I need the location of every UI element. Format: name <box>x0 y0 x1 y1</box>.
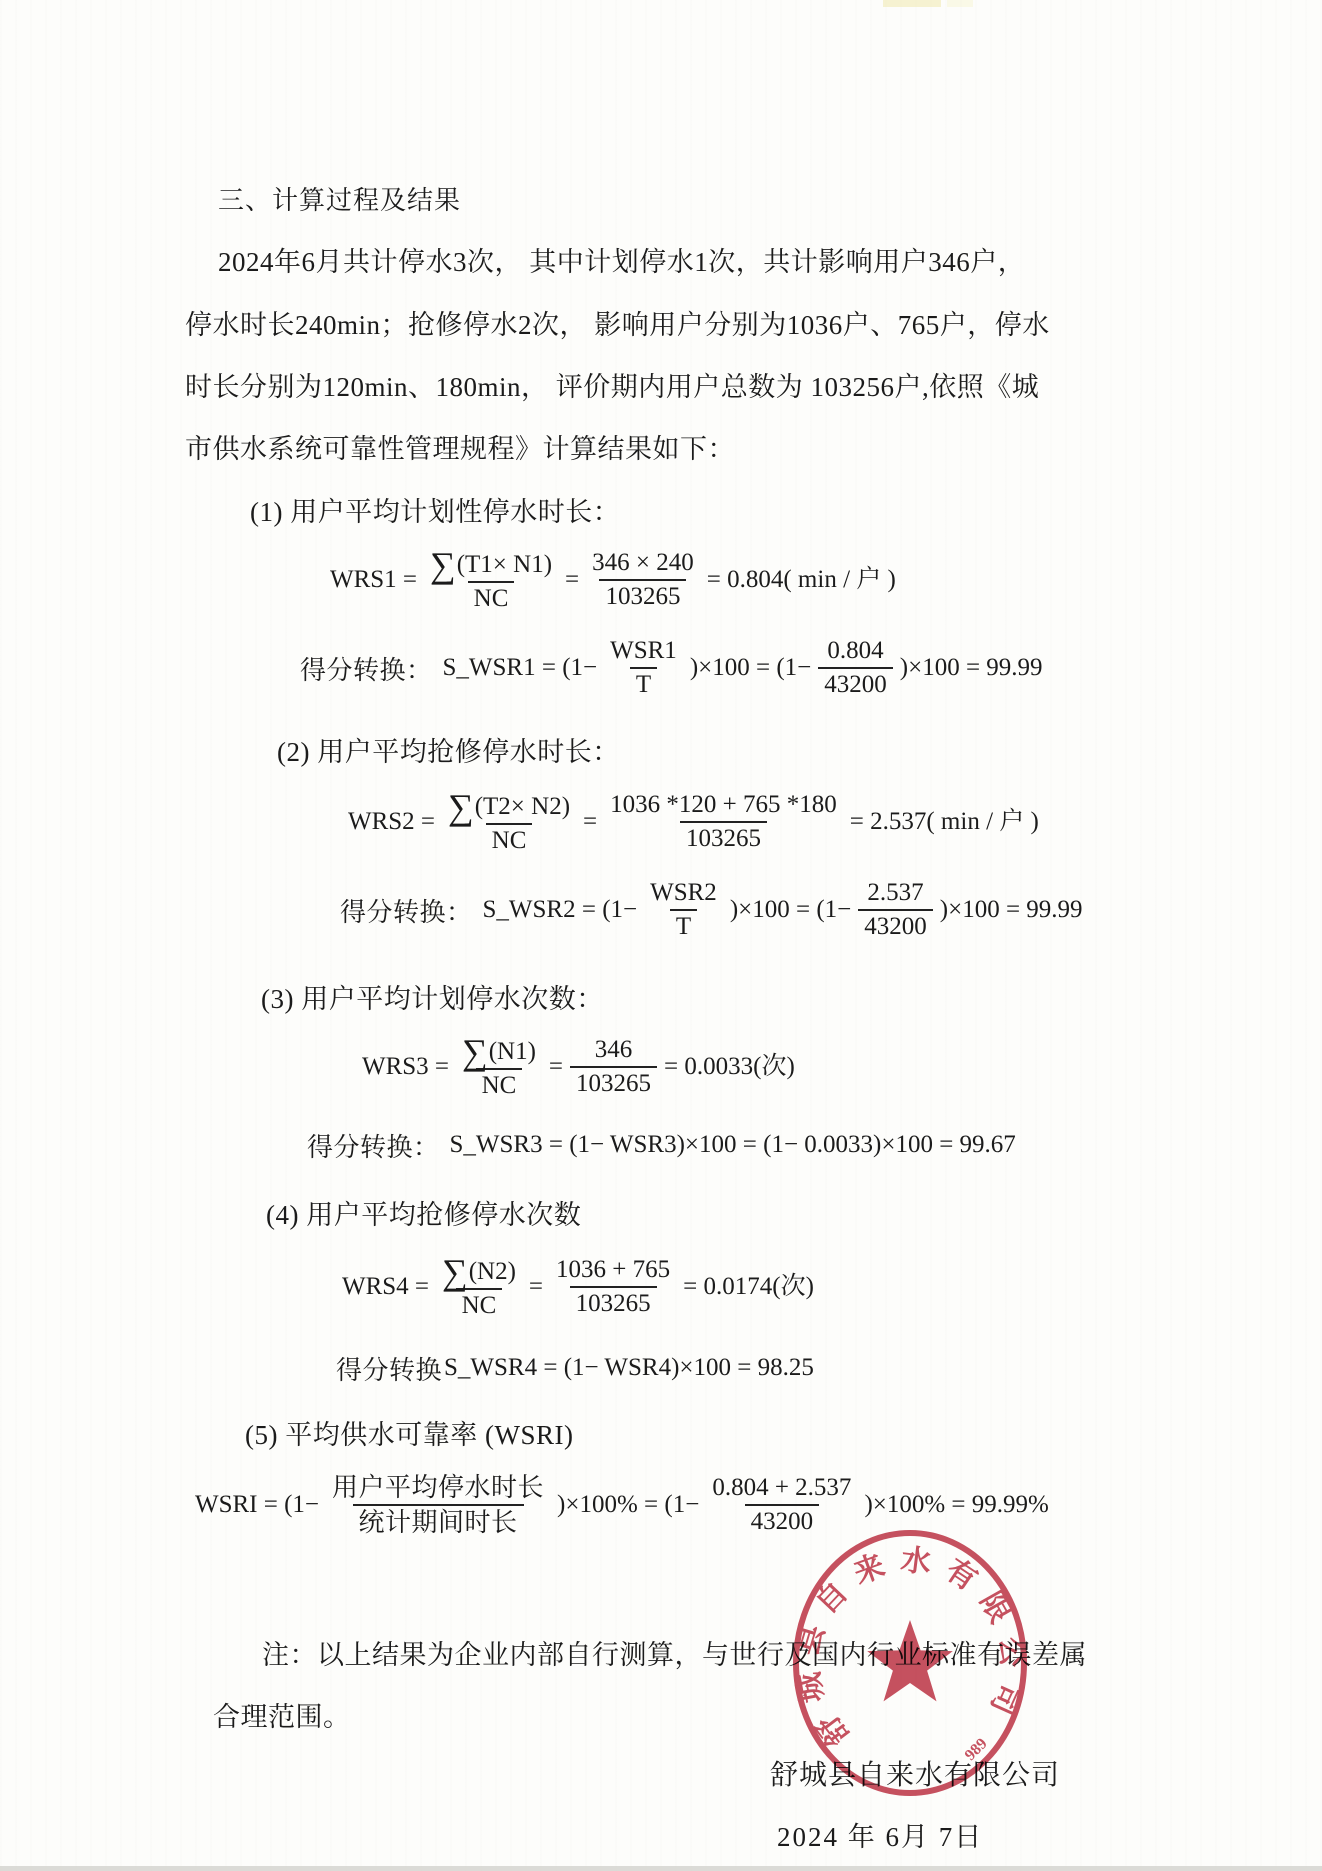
score1-num2: 0.804 <box>821 638 889 667</box>
wrs4-fraction-symbolic: ∑(N2) NC <box>436 1255 522 1320</box>
score2-label: 得分转换： <box>340 892 473 929</box>
wrs1-den2: 103265 <box>599 579 686 610</box>
wrs4-result: = 0.0174(次) <box>683 1273 814 1301</box>
formula-score2: 得分转换： S_WSR2 = (1− WSR2 T )×100 = (1− 2.… <box>340 868 1083 952</box>
wsri-num2: 0.804 + 2.537 <box>706 1475 857 1504</box>
score2-fraction-symbolic: WSR2 T <box>644 880 723 941</box>
score3-label: 得分转换： <box>307 1127 440 1164</box>
score1-label: 得分转换： <box>300 650 433 687</box>
score1-seg1: S_WSR1 = (1− <box>443 654 598 682</box>
score2-num1: WSR2 <box>644 880 723 909</box>
wrs2-den2: 103265 <box>680 821 767 852</box>
wrs3-num2: 346 <box>589 1037 639 1066</box>
wrs1-lhs: WRS1 = <box>330 566 417 594</box>
wrs3-fraction-symbolic: ∑(N1) NC <box>456 1035 542 1100</box>
paragraph-line-3: 时长分别为120min、180min， 评价期内用户总数为 103256户,依照… <box>185 365 1039 404</box>
wrs3-sum-args: (N1) <box>489 1039 536 1065</box>
heading-1: (1) 用户平均计划性停水时长： <box>250 490 620 529</box>
wrs4-fraction-numeric: 1036 + 765 103265 <box>550 1257 676 1318</box>
sum-symbol: ∑ <box>430 550 456 581</box>
wrs1-fraction-symbolic: ∑(T1× N1) NC <box>424 548 558 613</box>
wrs1-fraction-numeric: 346 × 240 103265 <box>586 550 700 611</box>
wrs2-equals: = <box>583 808 597 836</box>
formula-score3: 得分转换： S_WSR3 = (1− WSR3)×100 = (1− 0.003… <box>307 1120 1016 1170</box>
score1-seg3: )×100 = 99.99 <box>900 654 1043 682</box>
wrs3-denominator: NC <box>476 1068 523 1099</box>
wrs1-result: = 0.804( min / 户 ) <box>707 566 896 594</box>
formula-wrs4: WRS4 = ∑(N2) NC = 1036 + 765 103265 = 0.… <box>342 1245 814 1329</box>
score1-num1: WSR1 <box>604 638 683 667</box>
wrs3-result: = 0.0033(次) <box>664 1053 795 1081</box>
wrs3-fraction-numeric: 346 103265 <box>570 1037 657 1098</box>
wrs1-num2: 346 × 240 <box>586 550 700 579</box>
wrs1-sum-args: (T1× N1) <box>457 552 552 578</box>
score2-num2: 2.537 <box>861 880 929 909</box>
wrs4-denominator: NC <box>456 1288 503 1319</box>
wsri-den1: 统计期间时长 <box>353 1504 524 1536</box>
wsri-lhs: WSRI = (1− <box>195 1491 319 1519</box>
wrs1-denominator: NC <box>468 581 515 612</box>
paragraph-line-2: 停水时长240min；抢修停水2次， 影响用户分别为1036户、765户，停水 <box>185 303 1050 342</box>
paragraph-line-4: 市供水系统可靠性管理规程》计算结果如下： <box>185 427 735 466</box>
heading-2: (2) 用户平均抢修停水时长： <box>277 730 620 769</box>
wrs4-den2: 103265 <box>570 1286 657 1317</box>
wrs2-lhs: WRS2 = <box>348 808 435 836</box>
wsri-fraction-cjk: 用户平均停水时长 统计期间时长 <box>326 1474 550 1537</box>
wrs4-lhs: WRS4 = <box>342 1273 429 1301</box>
score2-seg1: S_WSR2 = (1− <box>483 896 638 924</box>
heading-5: (5) 平均供水可靠率 (WSRI) <box>245 1413 573 1452</box>
wrs2-denominator: NC <box>486 823 533 854</box>
score1-den2: 43200 <box>818 667 893 698</box>
score4-label: 得分转换 <box>336 1350 442 1387</box>
formula-score1: 得分转换： S_WSR1 = (1− WSR1 T )×100 = (1− 0.… <box>300 626 1043 710</box>
score2-seg2: )×100 = (1− <box>730 896 851 924</box>
score2-fraction-numeric: 2.537 43200 <box>858 880 933 941</box>
score4-text: S_WSR4 = (1− WSR4)×100 = 98.25 <box>444 1354 814 1382</box>
section-title: 三、计算过程及结果 <box>218 180 461 217</box>
score1-fraction-numeric: 0.804 43200 <box>818 638 893 699</box>
wsri-seg2: )×100% = (1− <box>557 1491 699 1519</box>
formula-score4: 得分转换 S_WSR4 = (1− WSR4)×100 = 98.25 <box>336 1343 814 1393</box>
wrs2-fraction-symbolic: ∑(T2× N2) NC <box>442 790 576 855</box>
wrs4-sum-args: (N2) <box>469 1259 516 1285</box>
scanned-document-page: 三、计算过程及结果 2024年6月共计停水3次， 其中计划停水1次，共计影响用户… <box>0 0 1322 1871</box>
score2-den1: T <box>670 909 697 940</box>
score1-den1: T <box>630 667 657 698</box>
heading-3: (3) 用户平均计划停水次数： <box>261 977 604 1016</box>
score1-fraction-symbolic: WSR1 T <box>604 638 683 699</box>
signature-date: 2024 年 6月 7日 <box>777 1815 983 1854</box>
note-line-2: 合理范围。 <box>213 1695 351 1734</box>
wrs4-equals: = <box>529 1273 543 1301</box>
scan-bottom-edge <box>0 1866 1322 1871</box>
wsri-num1: 用户平均停水时长 <box>326 1474 550 1504</box>
formula-wrs3: WRS3 = ∑(N1) NC = 346 103265 = 0.0033(次) <box>362 1025 795 1109</box>
score1-seg2: )×100 = (1− <box>690 654 811 682</box>
seal-star-icon <box>867 1620 953 1701</box>
score2-den2: 43200 <box>858 909 933 940</box>
score3-text: S_WSR3 = (1− WSR3)×100 = (1− 0.0033)×100… <box>450 1131 1016 1159</box>
score2-seg3: )×100 = 99.99 <box>940 896 1083 924</box>
wrs2-num2: 1036 *120 + 765 *180 <box>604 792 843 821</box>
sum-symbol: ∑ <box>442 1257 468 1288</box>
sum-symbol: ∑ <box>448 792 474 823</box>
wrs2-result: = 2.537( min / 户 ) <box>850 808 1039 836</box>
wrs2-fraction-numeric: 1036 *120 + 765 *180 103265 <box>604 792 843 853</box>
wrs1-equals: = <box>565 566 579 594</box>
wrs4-num2: 1036 + 765 <box>550 1257 676 1286</box>
formula-wrs2: WRS2 = ∑(T2× N2) NC = 1036 *120 + 765 *1… <box>348 780 1039 864</box>
wrs3-den2: 103265 <box>570 1066 657 1097</box>
wrs3-equals: = <box>549 1053 563 1081</box>
company-seal-stamp: 舒城县自来水有限公司 989 <box>788 1525 1032 1801</box>
paragraph-line-1: 2024年6月共计停水3次， 其中计划停水1次，共计影响用户346户， <box>218 240 1025 279</box>
wrs3-lhs: WRS3 = <box>362 1053 449 1081</box>
wrs2-sum-args: (T2× N2) <box>475 794 570 820</box>
formula-wrs1: WRS1 = ∑(T1× N1) NC = 346 × 240 103265 =… <box>330 538 896 622</box>
heading-4: (4) 用户平均抢修停水次数 <box>266 1193 581 1232</box>
top-edge-highlight-mark-2 <box>947 0 973 7</box>
top-edge-highlight-mark <box>883 0 941 7</box>
sum-symbol: ∑ <box>462 1037 488 1068</box>
wsri-seg3: )×100% = 99.99% <box>864 1491 1048 1519</box>
